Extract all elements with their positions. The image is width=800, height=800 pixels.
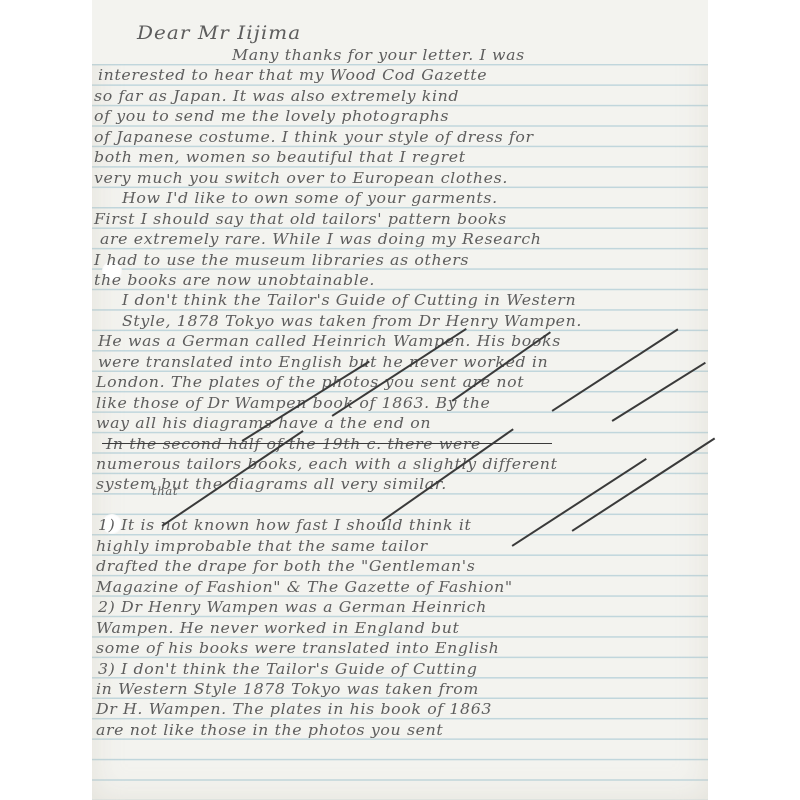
letter-line: I had to use the museum libraries as oth…: [94, 251, 469, 269]
letter-line: are extremely rare. While I was doing my…: [100, 230, 542, 248]
letter-line: numerous tailors books, each with a slig…: [96, 455, 558, 473]
point-line: 3) I don't think the Tailor's Guide of C…: [98, 660, 478, 678]
letter-line: very much you switch over to European cl…: [94, 169, 508, 187]
strike-stroke: [612, 362, 706, 422]
point-line: Dr H. Wampen. The plates in his book of …: [96, 700, 492, 718]
strike-stroke: [572, 438, 715, 532]
letter-line: How I'd like to own some of your garment…: [122, 189, 498, 207]
point-line: highly improbable that the same tailor: [96, 537, 428, 555]
notebook-page: Dear Mr Iijima Many thanks for your lett…: [92, 0, 708, 800]
letter-line: of you to send me the lovely photographs: [94, 107, 449, 125]
letter-line: the books are now unobtainable.: [94, 271, 375, 289]
letter-line: were translated into English but he neve…: [98, 353, 548, 371]
point-line: 1) It is not known how fast I should thi…: [98, 516, 472, 534]
letter-line: both men, women so beautiful that I regr…: [94, 148, 466, 166]
point-line: some of his books were translated into E…: [96, 639, 499, 657]
point-line: drafted the drape for both the "Gentlema…: [96, 557, 475, 575]
point-line: in Western Style 1878 Tokyo was taken fr…: [96, 680, 479, 698]
point-line: Wampen. He never worked in England but: [96, 619, 459, 637]
letter-line: Many thanks for your letter. I was: [232, 46, 525, 64]
caret-insertion: that: [152, 485, 178, 498]
letter-line: London. The plates of the photos you sen…: [96, 373, 524, 391]
letter-line: so far as Japan. It was also extremely k…: [94, 87, 459, 105]
letter-line: I don't think the Tailor's Guide of Cutt…: [122, 291, 576, 309]
strike-stroke: [552, 328, 679, 411]
letter-line: interested to hear that my Wood Cod Gaze…: [98, 66, 487, 84]
letter-line: Style, 1878 Tokyo was taken from Dr Henr…: [122, 312, 582, 330]
letter-line: of Japanese costume. I think your style …: [94, 128, 534, 146]
letter-line: First I should say that old tailors' pat…: [94, 210, 507, 228]
letter-line: system but the diagrams all very similar…: [96, 475, 447, 493]
point-line: are not like those in the photos you sen…: [96, 721, 443, 739]
point-line: Magazine of Fashion" & The Gazette of Fa…: [96, 578, 513, 596]
letter-line: He was a German called Heinrich Wampen. …: [98, 332, 561, 350]
letter-line: way all his diagrams have a the end on: [96, 414, 431, 432]
salutation: Dear Mr Iijima: [137, 22, 301, 44]
strike-line: [102, 443, 552, 444]
point-line: 2) Dr Henry Wampen was a German Heinrich: [98, 598, 487, 616]
